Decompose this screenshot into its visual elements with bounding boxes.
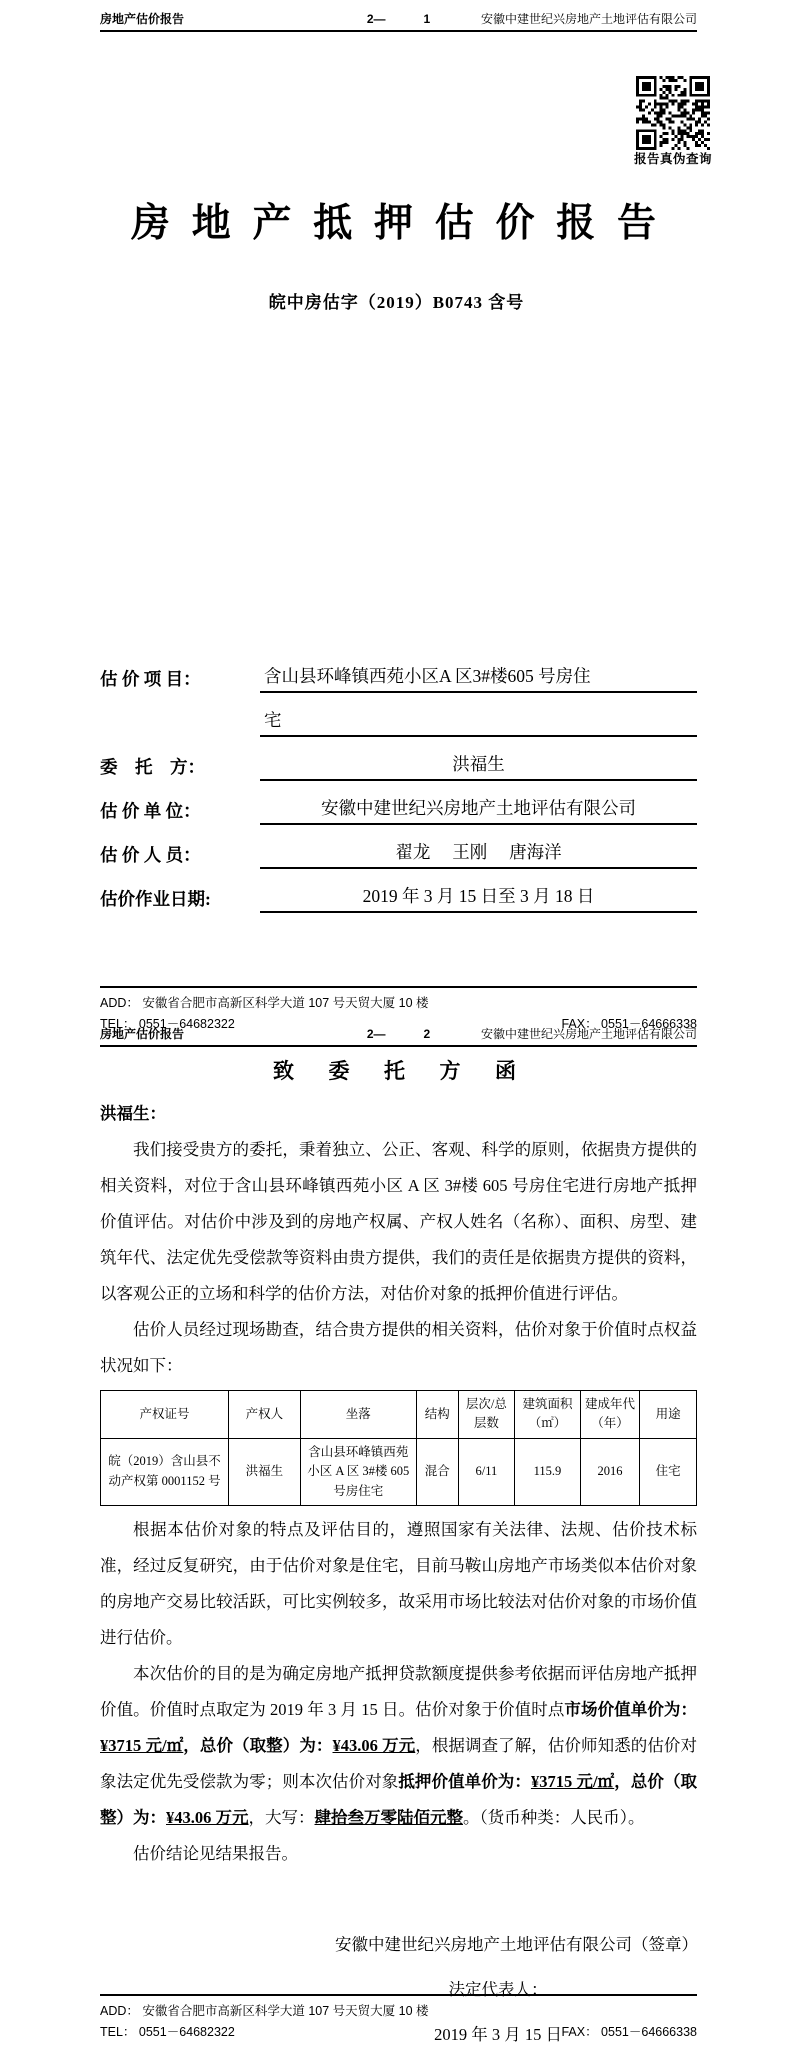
- para4-unit-price-value: ¥3715 元/㎡: [100, 1736, 183, 1755]
- cell-structure: 混合: [416, 1438, 458, 1505]
- table-header-row: 产权证号 产权人 坐落 结构 层次/总层数 建筑面积（㎡） 建成年代（年） 用途: [101, 1391, 697, 1439]
- cell-year-built: 2016: [580, 1438, 640, 1505]
- signature-company: 安徽中建世纪兴房地产土地评估有限公司（签章）: [335, 1922, 697, 1967]
- qr-block: 报告真伪查询: [634, 76, 712, 167]
- cell-floor: 6/11: [458, 1438, 515, 1505]
- page2-running-header: 房地产估价报告 2— 2 安徽中建世纪兴房地产土地评估有限公司: [100, 1027, 697, 1047]
- form-label-client: 委 托 方：: [100, 754, 260, 781]
- qr-code-icon: [636, 76, 710, 150]
- para4-mortgage-price-label: 抵押价值单价为：: [398, 1772, 531, 1791]
- para4-text: ，大写：: [249, 1808, 315, 1827]
- report-number: 皖中房估字（2019）B0743 含号: [0, 288, 793, 313]
- property-rights-table: 产权证号 产权人 坐落 结构 层次/总层数 建筑面积（㎡） 建成年代（年） 用途…: [100, 1390, 697, 1506]
- footer-address: ADD： 安徽省合肥市高新区科学大道 107 号天贸大厦 10 楼: [100, 993, 697, 1014]
- col-header-owner: 产权人: [229, 1391, 301, 1439]
- para4-total-price-label: ，总价（取整）为：: [183, 1736, 332, 1755]
- col-header-structure: 结构: [416, 1391, 458, 1439]
- header-company-name: 安徽中建世纪兴房地产土地评估有限公司: [430, 1027, 697, 1042]
- form-label-project: 估 价 项 目：: [100, 666, 260, 693]
- form-row-agency: 估 价 单 位： 安徽中建世纪兴房地产土地评估有限公司: [100, 795, 697, 825]
- footer-fax: FAX： 0551－64666338: [561, 2022, 697, 2043]
- form-value-agency: 安徽中建世纪兴房地产土地评估有限公司: [260, 795, 697, 825]
- footer-address: ADD： 安徽省合肥市高新区科学大道 107 号天贸大厦 10 楼: [100, 2001, 697, 2022]
- qr-caption: 报告真伪查询: [634, 152, 712, 167]
- page1-running-header: 房地产估价报告 2— 1 安徽中建世纪兴房地产土地评估有限公司: [100, 12, 697, 32]
- form-value-client: 洪福生: [260, 751, 697, 781]
- para4-market-price-label: 市场价值单价为：: [564, 1700, 697, 1719]
- form-label-agency: 估 价 单 位：: [100, 798, 260, 825]
- cover-form: 估 价 项 目： 含山县环峰镇西苑小区A 区3#楼605 号房住 宅 委 托 方…: [100, 663, 697, 927]
- header-page-indicator: 2— 2: [367, 1027, 430, 1042]
- letter-paragraph-3: 根据本估价对象的特点及评估目的，遵照国家有关法律、法规、估价技术标准，经过反复研…: [100, 1512, 697, 1656]
- form-row-project: 估 价 项 目： 含山县环峰镇西苑小区A 区3#楼605 号房住: [100, 663, 697, 693]
- cell-usage: 住宅: [640, 1438, 697, 1505]
- col-header-location: 坐落: [300, 1391, 416, 1439]
- letter-title: 致 委 托 方 函: [100, 1054, 697, 1088]
- header-page-number: 2: [424, 1027, 431, 1042]
- header-page-number: 1: [424, 12, 431, 27]
- form-row-appraisers: 估 价 人 员： 翟龙 王刚 唐海洋: [100, 839, 697, 869]
- para4-text: 。（货币种类：人民币）。: [463, 1808, 645, 1827]
- col-header-floor: 层次/总层数: [458, 1391, 515, 1439]
- header-page-indicator: 2— 1: [367, 12, 430, 27]
- para4-mortgage-total-value: ¥43.06 万元: [166, 1808, 249, 1827]
- col-header-cert-no: 产权证号: [101, 1391, 229, 1439]
- header-report-type: 房地产估价报告: [100, 12, 367, 27]
- letter-paragraph-1: 我们接受贵方的委托，秉着独立、公正、客观、科学的原则，依据贵方提供的相关资料，对…: [100, 1132, 697, 1312]
- report-title: 房 地 产 抵 押 估 价 报 告: [0, 192, 793, 248]
- col-header-year-built: 建成年代（年）: [580, 1391, 640, 1439]
- letter-paragraph-4: 本次估价的目的是为确定房地产抵押贷款额度提供参考依据而评估房地产抵押价值。价值时…: [100, 1656, 697, 1836]
- letter-salutation: 洪福生：: [100, 1096, 697, 1132]
- para4-mortgage-unit-price-value: ¥3715 元/㎡: [531, 1772, 614, 1791]
- cell-location: 含山县环峰镇西苑小区 A 区 3#楼 605 号房住宅: [300, 1438, 416, 1505]
- header-page-prefix: 2—: [367, 12, 386, 27]
- form-row-client: 委 托 方： 洪福生: [100, 751, 697, 781]
- cell-owner: 洪福生: [229, 1438, 301, 1505]
- cell-cert-no: 皖（2019）含山县不动产权第 0001152 号: [101, 1438, 229, 1505]
- header-page-prefix: 2—: [367, 1027, 386, 1042]
- header-report-type: 房地产估价报告: [100, 1027, 367, 1042]
- form-value-appraisers: 翟龙 王刚 唐海洋: [260, 839, 697, 869]
- form-label-work-date: 估价作业日期:: [100, 886, 260, 913]
- col-header-area: 建筑面积（㎡）: [515, 1391, 581, 1439]
- form-label-spacer: [100, 735, 260, 737]
- form-row-project-cont: 宅: [100, 707, 697, 737]
- cell-area: 115.9: [515, 1438, 581, 1505]
- col-header-usage: 用途: [640, 1391, 697, 1439]
- form-value-project-line2: 宅: [260, 707, 697, 737]
- document-page: { "accent_color": "#000000", "page1": { …: [0, 0, 793, 2054]
- page2-running-footer: ADD： 安徽省合肥市高新区科学大道 107 号天贸大厦 10 楼 TEL： 0…: [100, 1994, 697, 2043]
- letter-paragraph-5: 估价结论见结果报告。: [100, 1836, 697, 1872]
- footer-tel: TEL： 0551－64682322: [100, 2022, 235, 2043]
- para4-total-price-value: ¥43.06 万元: [333, 1736, 416, 1755]
- form-row-work-date: 估价作业日期: 2019 年 3 月 15 日至 3 月 18 日: [100, 883, 697, 913]
- para4-amount-in-words: 肆拾叁万零陆佰元整: [315, 1808, 464, 1827]
- form-label-appraisers: 估 价 人 员：: [100, 842, 260, 869]
- form-value-project-line1: 含山县环峰镇西苑小区A 区3#楼605 号房住: [260, 663, 697, 693]
- table-row: 皖（2019）含山县不动产权第 0001152 号 洪福生 含山县环峰镇西苑小区…: [101, 1438, 697, 1505]
- form-value-work-date: 2019 年 3 月 15 日至 3 月 18 日: [260, 883, 697, 913]
- letter-body: 致 委 托 方 函 洪福生： 我们接受贵方的委托，秉着独立、公正、客观、科学的原…: [100, 1050, 697, 2057]
- letter-paragraph-2: 估价人员经过现场勘查，结合贵方提供的相关资料，估价对象于价值时点权益状况如下：: [100, 1312, 697, 1384]
- header-company-name: 安徽中建世纪兴房地产土地评估有限公司: [430, 12, 697, 27]
